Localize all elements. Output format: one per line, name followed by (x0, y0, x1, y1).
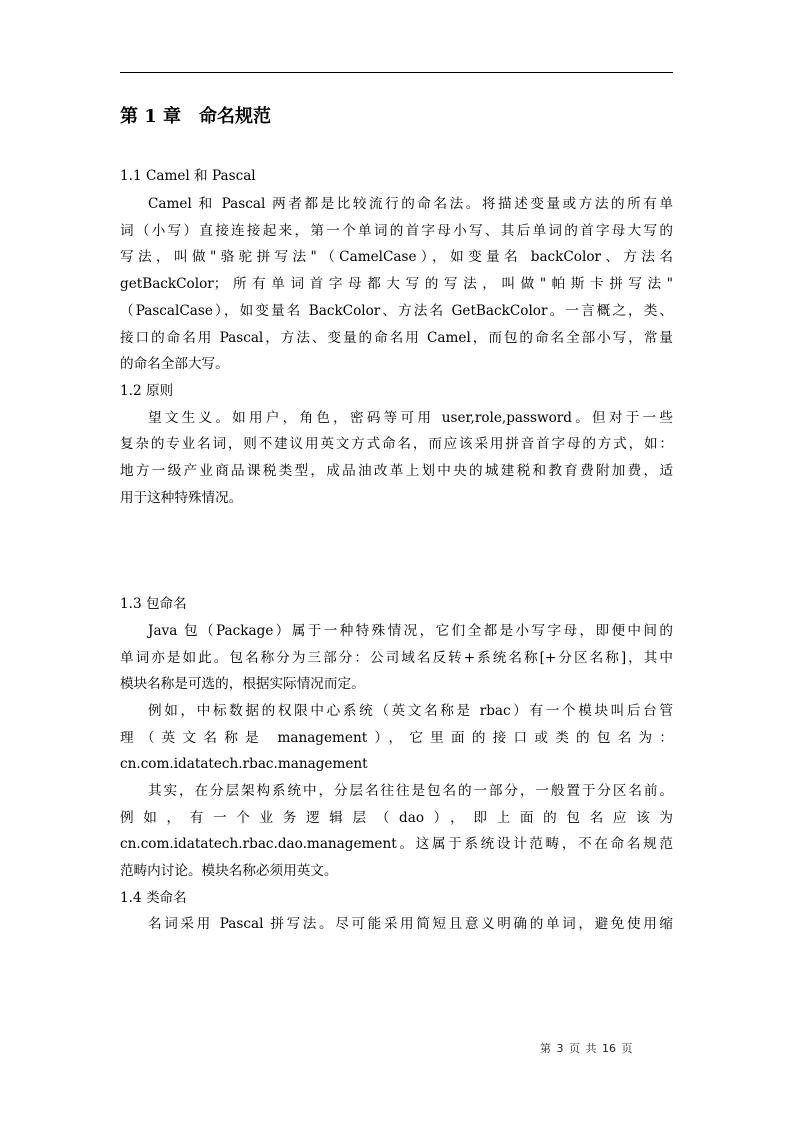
page-number-footer: 第 3 页 共 16 页 (540, 1040, 632, 1056)
paragraph-line: 理（英文名称是 management），它里面的接口或类的包名为： (120, 728, 673, 748)
paragraph-line: 单词亦是如此。包名称分为三部分：公司域名反转+系统名称[+分区名称]，其中 (120, 648, 673, 668)
paragraph-line: 词（小写）直接连接起来，第一个单词的首字母小写、其后单词的首字母大写的 (120, 221, 673, 241)
section-heading: 1.2 原则 (120, 381, 673, 401)
paragraph-line: Camel 和 Pascal 两者都是比较流行的命名法。将描述变量或方法的所有单 (148, 194, 673, 214)
paragraph-line: 用于这种特殊情况。 (120, 488, 673, 508)
paragraph-line: getBackColor；所有单词首字母都大写的写法，叫做"帕斯卡拼写法" (120, 274, 673, 294)
paragraph-line: 接口的命名用 Pascal，方法、变量的命名用 Camel，而包的命名全部小写，… (120, 328, 673, 348)
paragraph-line: 的命名全部大写。 (120, 354, 673, 374)
section-heading: 1.4 类命名 (120, 888, 673, 908)
chapter-title: 第 1 章 命名规范 (120, 104, 271, 130)
paragraph-line: 名词采用 Pascal 拼写法。尽可能采用简短且意义明确的单词，避免使用缩 (148, 914, 673, 934)
paragraph-line: cn.com.idatatech.rbac.dao.management。这属于… (120, 834, 673, 854)
paragraph-line: 范畴内讨论。模块名称必须用英文。 (120, 861, 673, 881)
paragraph-line: 地方一级产业商品课税类型，成品油改革上划中央的城建税和教育费附加费，适 (120, 461, 673, 481)
header-rule (120, 72, 673, 73)
paragraph-line: Java 包（Package）属于一种特殊情况，它们全都是小写字母，即便中间的 (148, 621, 673, 641)
paragraph-line: 模块名称是可选的，根据实际情况而定。 (120, 674, 673, 694)
paragraph-line: 复杂的专业名词，则不建议用英文方式命名，而应该采用拼音首字母的方式，如： (120, 434, 673, 454)
paragraph-line: 写法，叫做"骆驼拼写法"（CamelCase），如变量名 backColor、方… (120, 247, 673, 267)
document-page: 第 1 章 命名规范 1.1 Camel 和 Pascal Camel 和 Pa… (0, 0, 793, 1122)
paragraph-line: （PascalCase），如变量名 BackColor、方法名 GetBackC… (120, 301, 673, 321)
section-heading: 1.3 包命名 (120, 594, 673, 614)
paragraph-line: cn.com.idatatech.rbac.management (120, 754, 673, 774)
section-heading: 1.1 Camel 和 Pascal (120, 166, 673, 186)
paragraph-line: 其实，在分层架构系统中，分层名往往是包名的一部分，一般置于分区名前。 (148, 781, 673, 801)
paragraph-line: 例如，有一个业务逻辑层（dao），即上面的包名应该为 (120, 808, 673, 828)
paragraph-line: 望文生义。如用户，角色，密码等可用 user,role,password。但对于… (148, 408, 673, 428)
paragraph-line: 例如，中标数据的权限中心系统（英文名称是 rbac）有一个模块叫后台管 (148, 701, 673, 721)
